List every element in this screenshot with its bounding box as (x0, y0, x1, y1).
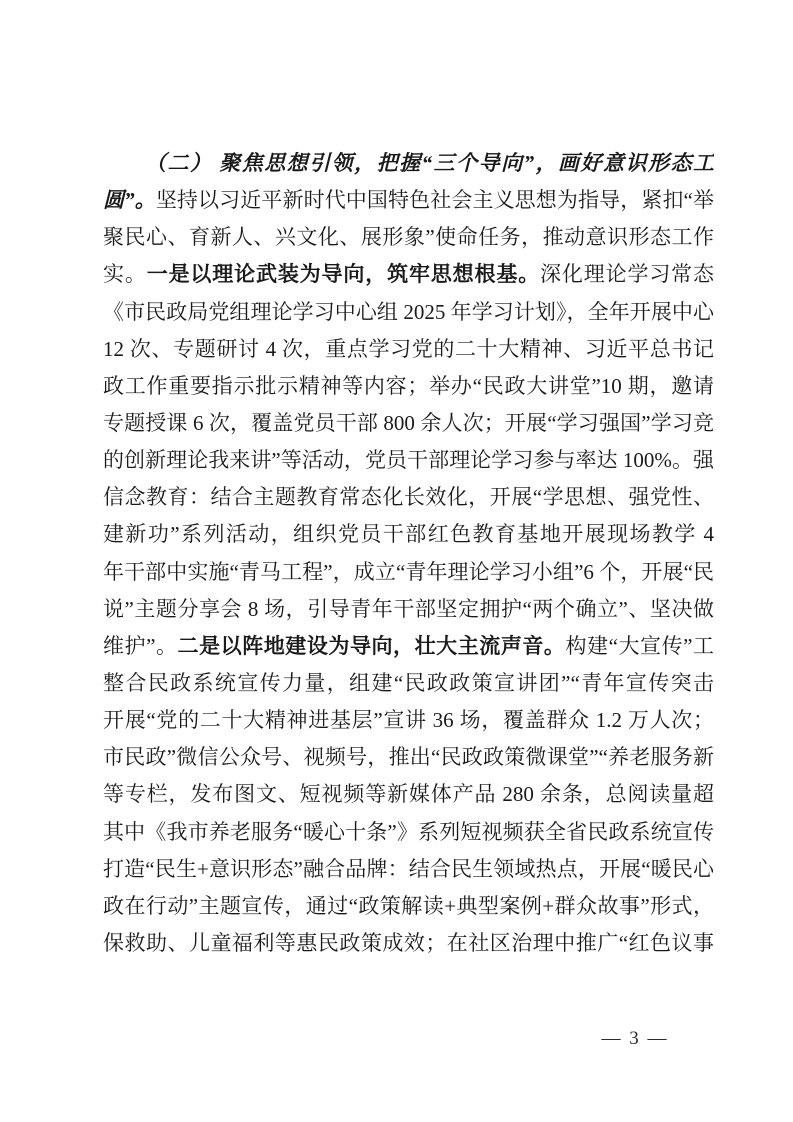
body-text: 政在行动”主题宣传，通过“政策解读+典型案例+群众故事”形式，宣传低 (103, 894, 714, 925)
text-line: 年干部中实施“青马工程”，成立“青年理论学习小组”6 个，开展“民政青年 (103, 554, 714, 591)
text-line: 实。一是以理论武装为导向，筑牢思想根基。深化理论学习常态化：制定 (103, 256, 714, 293)
text-line: 打造“民生+意识形态”融合品牌：结合民生领域热点，开展“暖民心行动·民 (103, 851, 714, 888)
text-line: 建新功”系列活动，组织党员干部红色教育基地开展现场教学 4 次；在青 (103, 516, 714, 553)
body-text: 实。 (103, 262, 147, 286)
body-text: 专题授课 6 次，覆盖党员干部 800 余人次；开展“学习强国”学习竞赛、“党 (103, 411, 714, 442)
text-line: 市民政”微信公众号、视频号，推出“民政政策微课堂”“养老服务新图景” (103, 739, 714, 776)
body-text: 政工作重要指示批示精神等内容；举办“民政大讲堂”10 期，邀请专家学者 (103, 374, 714, 405)
body-text: 年干部中实施“青马工程”，成立“青年理论学习小组”6 个，开展“民政青年 (103, 560, 714, 591)
text-line: （二） 聚焦思想引领，把握“三个导向”，画好意识形态工作“同心 (103, 145, 714, 182)
emphasis-text: 二是以阵地建设为导向，壮大主流声音。 (178, 634, 566, 658)
body-text: 打造“民生+意识形态”融合品牌：结合民生领域热点，开展“暖民心行动·民 (103, 857, 714, 888)
text-line: 政工作重要指示批示精神等内容；举办“民政大讲堂”10 期，邀请专家学者 (103, 368, 714, 405)
text-line: 的创新理论我来讲”等活动，党员干部理论学习参与率达 100%。强化理想 (103, 442, 714, 479)
body-text: 保救助、儿童福利等惠民政策成效；在社区治理中推广“红色议事厅”“邻里 (103, 931, 714, 962)
body-text: 建新功”系列活动，组织党员干部红色教育基地开展现场教学 4 次；在青 (103, 522, 714, 553)
body-text: 的创新理论我来讲”等活动，党员干部理论学习参与率达 100%。强化理想 (103, 448, 714, 479)
text-line: 12 次、专题研讨 4 次，重点学习党的二十大精神、习近平总书记关于民 (103, 331, 714, 368)
text-line: 说”主题分享会 8 场，引导青年干部坚定拥护“两个确立”、坚决做到“两个 (103, 591, 714, 628)
body-text: 《市民政局党组理论学习中心组 2025 年学习计划》，全年开展中心组学习 (103, 300, 714, 331)
heading-text: 圆”。 (103, 188, 156, 212)
body-text: 其中《我市养老服务“暖心十条”》系列短视频获全省民政系统宣传创新奖。 (103, 820, 714, 851)
text-line: 圆”。坚持以习近平新时代中国特色社会主义思想为指导，紧扣“举旗帜、 (103, 182, 714, 219)
text-line: 信念教育：结合主题教育常态化长效化，开展“学思想、强党性、重实践、 (103, 479, 714, 516)
text-line: 整合民政系统宣传力量，组建“民政政策宣讲团”“青年宣传突击队”，全年 (103, 665, 714, 702)
text-line: 等专栏，发布图文、短视频等新媒体产品 280 余条，总阅读量超 500 万次， (103, 776, 714, 813)
page-number: — 3 — (588, 1028, 682, 1050)
text-block: （二） 聚焦思想引领，把握“三个导向”，画好意识形态工作“同心圆”。坚持以习近平… (103, 145, 714, 962)
body-text: 整合民政系统宣传力量，组建“民政政策宣讲团”“青年宣传突击队”，全年 (103, 671, 714, 702)
text-line: 开展“党的二十大精神进基层”宣讲 36 场，覆盖群众 1.2 万人次；升级“我 (103, 702, 714, 739)
body-text: 等专栏，发布图文、短视频等新媒体产品 280 余条，总阅读量超 500 万次， (103, 782, 714, 813)
body-text: 12 次、专题研讨 4 次，重点学习党的二十大精神、习近平总书记关于民 (103, 337, 714, 368)
text-line: 保救助、儿童福利等惠民政策成效；在社区治理中推广“红色议事厅”“邻里 (103, 925, 714, 962)
heading-text: （二） 聚焦思想引领，把握“三个导向”，画好意识形态工作“同心 (103, 151, 714, 182)
text-line: 聚民心、育新人、兴文化、展形象”使命任务，推动意识形态工作走深走 (103, 219, 714, 256)
body-text: 开展“党的二十大精神进基层”宣讲 36 场，覆盖群众 1.2 万人次；升级“我 (103, 708, 714, 739)
text-line: 《市民政局党组理论学习中心组 2025 年学习计划》，全年开展中心组学习 (103, 294, 714, 331)
text-line: 其中《我市养老服务“暖心十条”》系列短视频获全省民政系统宣传创新奖。 (103, 814, 714, 851)
body-text: 维护”。 (103, 634, 178, 658)
body-text: 聚民心、育新人、兴文化、展形象”使命任务，推动意识形态工作走深走 (103, 225, 714, 256)
body-text: 市民政”微信公众号、视频号，推出“民政政策微课堂”“养老服务新图景” (103, 745, 714, 776)
document-page: （二） 聚焦思想引领，把握“三个导向”，画好意识形态工作“同心圆”。坚持以习近平… (0, 0, 793, 1122)
text-line: 政在行动”主题宣传，通过“政策解读+典型案例+群众故事”形式，宣传低 (103, 888, 714, 925)
body-text: 坚持以习近平新时代中国特色社会主义思想为指导，紧扣“举旗帜、 (103, 188, 714, 219)
body-text: 信念教育：结合主题教育常态化长效化，开展“学思想、强党性、重实践、 (103, 485, 714, 516)
text-line: 专题授课 6 次，覆盖党员干部 800 余人次；开展“学习强国”学习竞赛、“党 (103, 405, 714, 442)
emphasis-text: 一是以理论武装为导向，筑牢思想根基。 (147, 262, 540, 286)
body-text: 说”主题分享会 8 场，引导青年干部坚定拥护“两个确立”、坚决做到“两个 (103, 597, 714, 628)
text-line: 维护”。二是以阵地建设为导向，壮大主流声音。构建“大宣传”工作格局： (103, 628, 714, 665)
